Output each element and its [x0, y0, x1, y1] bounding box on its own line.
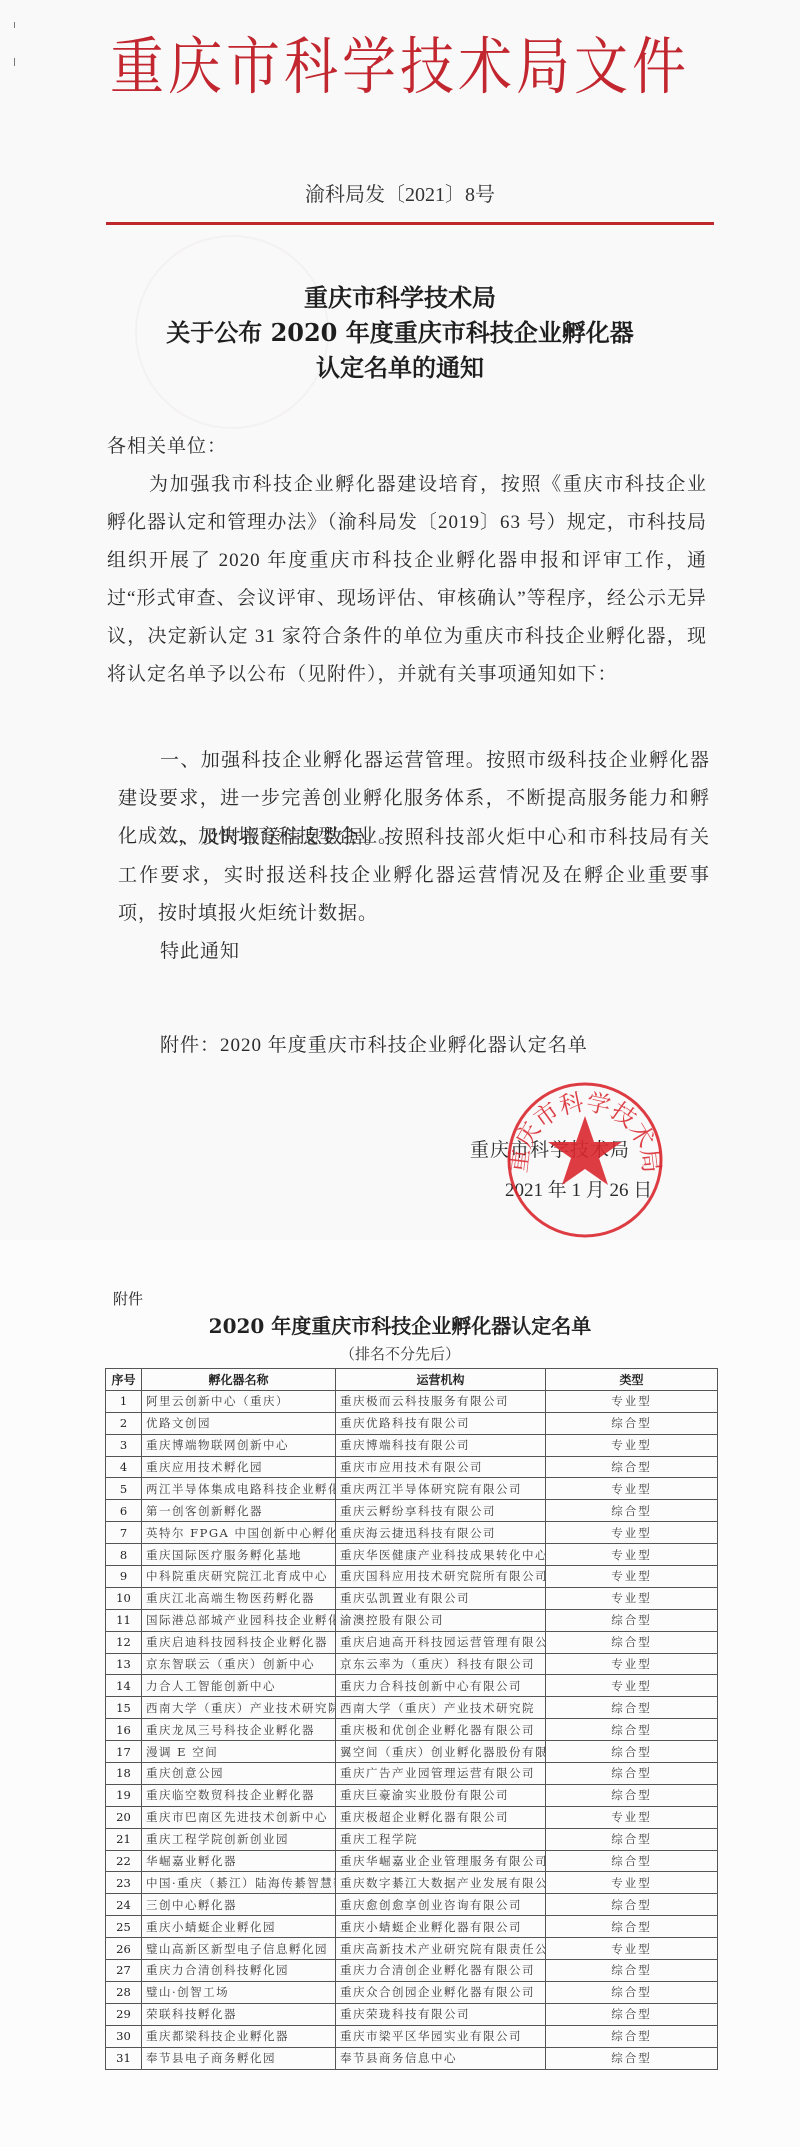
- incubator-name: 重庆启迪科技园科技企业孵化器: [142, 1631, 336, 1653]
- incubator-name: 重庆龙凤三号科技企业孵化器: [142, 1719, 336, 1741]
- table-row: 18重庆创意公园重庆广告产业园管理运营有限公司综合型: [106, 1763, 718, 1785]
- body-paragraph: 为加强我市科技企业孵化器建设培育，按照《重庆市科技企业孵化器认定和管理办法》（渝…: [107, 466, 707, 694]
- incubator-type: 综合型: [546, 1850, 718, 1872]
- incubator-type: 专业型: [546, 1390, 718, 1412]
- incubator-type: 专业型: [546, 1566, 718, 1588]
- row-index: 8: [106, 1544, 142, 1566]
- item-2-text: 二、及时报送信息数据。按照科技部火炬中心和市科技局有关工作要求，实时报送科技企业…: [118, 819, 710, 933]
- row-index: 15: [106, 1697, 142, 1719]
- table-row: 14力合人工智能创新中心重庆力合科技创新中心有限公司专业型: [106, 1675, 718, 1697]
- header-operator: 运营机构: [336, 1369, 546, 1391]
- table-row: 7英特尔 FPGA 中国创新中心孵化器重庆海云捷迅科技有限公司专业型: [106, 1522, 718, 1544]
- incubator-name: 漫调 E 空间: [142, 1741, 336, 1763]
- table-row: 19重庆临空数贸科技企业孵化器重庆巨豪渝实业股份有限公司综合型: [106, 1784, 718, 1806]
- incubator-name: 璧山·创智工场: [142, 1981, 336, 2003]
- row-index: 12: [106, 1631, 142, 1653]
- paragraph-1: 为加强我市科技企业孵化器建设培育，按照《重庆市科技企业孵化器认定和管理办法》（渝…: [107, 466, 707, 694]
- operator-name: 重庆国科应用技术研究院所有限公司: [336, 1566, 546, 1588]
- operator-name: 重庆优路科技有限公司: [336, 1412, 546, 1434]
- operator-name: 重庆市梁平区华园实业有限公司: [336, 2025, 546, 2047]
- table-row: 20重庆市巴南区先进技术创新中心重庆极超企业孵化器有限公司专业型: [106, 1806, 718, 1828]
- incubator-type: 综合型: [546, 1960, 718, 1982]
- incubator-type: 专业型: [546, 1478, 718, 1500]
- row-index: 29: [106, 2003, 142, 2025]
- incubator-type: 专业型: [546, 1653, 718, 1675]
- row-index: 21: [106, 1828, 142, 1850]
- row-index: 5: [106, 1478, 142, 1500]
- operator-name: 重庆海云捷迅科技有限公司: [336, 1522, 546, 1544]
- table-row: 2优路文创园重庆优路科技有限公司综合型: [106, 1412, 718, 1434]
- row-index: 10: [106, 1587, 142, 1609]
- operator-name: 翼空间（重庆）创业孵化器股份有限公司: [336, 1741, 546, 1763]
- attachment-subtitle: （排名不分先后）: [0, 1343, 800, 1364]
- operator-name: 重庆极超企业孵化器有限公司: [336, 1806, 546, 1828]
- row-index: 30: [106, 2025, 142, 2047]
- title-line-3: 认定名单的通知: [0, 350, 800, 385]
- table-row: 22华崛嘉业孵化器重庆华崛嘉业企业管理服务有限公司综合型: [106, 1850, 718, 1872]
- table-row: 6第一创客创新孵化器重庆云孵纷享科技有限公司综合型: [106, 1500, 718, 1522]
- incubator-type: 综合型: [546, 1741, 718, 1763]
- table-row: 26璧山高新区新型电子信息孵化园重庆高新技术产业研究院有限责任公司专业型: [106, 1938, 718, 1960]
- incubator-type: 综合型: [546, 1981, 718, 2003]
- table-row: 10重庆江北高端生物医药孵化器重庆弘凯置业有限公司专业型: [106, 1587, 718, 1609]
- table-row: 5两江半导体集成电路科技企业孵化器重庆两江半导体研究院有限公司专业型: [106, 1478, 718, 1500]
- operator-name: 重庆巨豪渝实业股份有限公司: [336, 1784, 546, 1806]
- operator-name: 重庆云孵纷享科技有限公司: [336, 1500, 546, 1522]
- row-index: 28: [106, 1981, 142, 2003]
- operator-name: 重庆广告产业园管理运营有限公司: [336, 1763, 546, 1785]
- incubator-type: 综合型: [546, 1412, 718, 1434]
- incubator-name: 优路文创园: [142, 1412, 336, 1434]
- table-row: 9中科院重庆研究院江北育成中心重庆国科应用技术研究院所有限公司专业型: [106, 1566, 718, 1588]
- row-index: 4: [106, 1456, 142, 1478]
- operator-name: 渝澳控股有限公司: [336, 1609, 546, 1631]
- incubator-type: 综合型: [546, 1609, 718, 1631]
- operator-name: 重庆弘凯置业有限公司: [336, 1587, 546, 1609]
- incubator-name: 阿里云创新中心（重庆）: [142, 1390, 336, 1412]
- operator-name: 重庆愈创愈享创业咨询有限公司: [336, 1894, 546, 1916]
- row-index: 20: [106, 1806, 142, 1828]
- table-row: 29荣联科技孵化器重庆荣珑科技有限公司综合型: [106, 2003, 718, 2025]
- row-index: 11: [106, 1609, 142, 1631]
- operator-name: 重庆极而云科技服务有限公司: [336, 1390, 546, 1412]
- incubator-name: 奉节县电子商务孵化园: [142, 2047, 336, 2069]
- incubator-type: 专业型: [546, 1434, 718, 1456]
- table-row: 8重庆国际医疗服务孵化基地重庆华医健康产业科技成果转化中心专业型: [106, 1544, 718, 1566]
- document-masthead: 重庆市科学技术局文件: [0, 18, 800, 107]
- operator-name: 重庆工程学院: [336, 1828, 546, 1850]
- table-row: 4重庆应用技术孵化园重庆市应用技术有限公司综合型: [106, 1456, 718, 1478]
- incubator-type: 综合型: [546, 1894, 718, 1916]
- operator-name: 京东云率为（重庆）科技有限公司: [336, 1653, 546, 1675]
- table-row: 1阿里云创新中心（重庆）重庆极而云科技服务有限公司专业型: [106, 1390, 718, 1412]
- row-index: 3: [106, 1434, 142, 1456]
- operator-name: 西南大学（重庆）产业技术研究院: [336, 1697, 546, 1719]
- operator-name: 重庆高新技术产业研究院有限责任公司: [336, 1938, 546, 1960]
- incubator-name: 英特尔 FPGA 中国创新中心孵化器: [142, 1522, 336, 1544]
- table-row: 21重庆工程学院创新创业园重庆工程学院综合型: [106, 1828, 718, 1850]
- row-index: 13: [106, 1653, 142, 1675]
- incubator-type: 综合型: [546, 1697, 718, 1719]
- row-index: 17: [106, 1741, 142, 1763]
- incubator-type: 综合型: [546, 1456, 718, 1478]
- header-index: 序号: [106, 1369, 142, 1391]
- table-body: 1阿里云创新中心（重庆）重庆极而云科技服务有限公司专业型2优路文创园重庆优路科技…: [106, 1390, 718, 2069]
- incubator-name: 重庆应用技术孵化园: [142, 1456, 336, 1478]
- salutation: 各相关单位：: [107, 428, 707, 466]
- operator-name: 重庆力合清创企业孵化器有限公司: [336, 1960, 546, 1982]
- attachment-reference-text: 附件：2020 年度重庆市科技企业孵化器认定名单: [160, 1027, 720, 1065]
- closing: 特此通知: [160, 933, 760, 971]
- incubator-type: 专业型: [546, 1587, 718, 1609]
- row-index: 9: [106, 1566, 142, 1588]
- row-index: 24: [106, 1894, 142, 1916]
- row-index: 27: [106, 1960, 142, 1982]
- row-index: 31: [106, 2047, 142, 2069]
- incubator-name: 重庆力合清创科技孵化园: [142, 1960, 336, 1982]
- attachment-title: 2020 年度重庆市科技企业孵化器认定名单: [0, 1310, 800, 1339]
- incubator-name: 重庆江北高端生物医药孵化器: [142, 1587, 336, 1609]
- table-row: 3重庆博端物联网创新中心重庆博端科技有限公司专业型: [106, 1434, 718, 1456]
- row-index: 7: [106, 1522, 142, 1544]
- attachment-reference: 附件：2020 年度重庆市科技企业孵化器认定名单: [160, 1027, 720, 1065]
- incubator-name: 两江半导体集成电路科技企业孵化器: [142, 1478, 336, 1500]
- table-header-row: 序号 孵化器名称 运营机构 类型: [106, 1369, 718, 1391]
- title-line-1: 重庆市科学技术局: [0, 280, 800, 315]
- operator-name: 重庆众合创园企业孵化器有限公司: [336, 1981, 546, 2003]
- incubator-type: 专业型: [546, 1522, 718, 1544]
- row-index: 19: [106, 1784, 142, 1806]
- incubator-type: 综合型: [546, 2025, 718, 2047]
- incubator-type: 综合型: [546, 1916, 718, 1938]
- incubator-name: 重庆博端物联网创新中心: [142, 1434, 336, 1456]
- incubator-type: 综合型: [546, 1500, 718, 1522]
- notice-page: 重庆市科学技术局文件 渝科局发〔2021〕8号 重庆市科学技术局 关于公布 20…: [0, 0, 800, 1240]
- incubator-name: 重庆市巴南区先进技术创新中心: [142, 1806, 336, 1828]
- incubator-name: 重庆临空数贸科技企业孵化器: [142, 1784, 336, 1806]
- row-index: 2: [106, 1412, 142, 1434]
- incubator-type: 综合型: [546, 1828, 718, 1850]
- table-row: 28璧山·创智工场重庆众合创园企业孵化器有限公司综合型: [106, 1981, 718, 2003]
- row-index: 6: [106, 1500, 142, 1522]
- table-row: 27重庆力合清创科技孵化园重庆力合清创企业孵化器有限公司综合型: [106, 1960, 718, 1982]
- table-row: 11国际港总部城产业园科技企业孵化器渝澳控股有限公司综合型: [106, 1609, 718, 1631]
- incubator-type: 综合型: [546, 1784, 718, 1806]
- incubator-name: 京东智联云（重庆）创新中心: [142, 1653, 336, 1675]
- incubator-name: 荣联科技孵化器: [142, 2003, 336, 2025]
- table-row: 23中国·重庆（綦江）陆海传綦智慧数据谷重庆数字綦江大数据产业发展有限公司专业型: [106, 1872, 718, 1894]
- incubator-name: 璧山高新区新型电子信息孵化园: [142, 1938, 336, 1960]
- row-index: 1: [106, 1390, 142, 1412]
- operator-name: 重庆博端科技有限公司: [336, 1434, 546, 1456]
- row-index: 26: [106, 1938, 142, 1960]
- incubator-type: 综合型: [546, 2003, 718, 2025]
- operator-name: 重庆华崛嘉业企业管理服务有限公司: [336, 1850, 546, 1872]
- row-index: 25: [106, 1916, 142, 1938]
- operator-name: 重庆力合科技创新中心有限公司: [336, 1675, 546, 1697]
- table-row: 25重庆小蜻蜓企业孵化园重庆小蜻蜓企业孵化器有限公司综合型: [106, 1916, 718, 1938]
- incubator-type: 综合型: [546, 1631, 718, 1653]
- row-index: 22: [106, 1850, 142, 1872]
- row-index: 23: [106, 1872, 142, 1894]
- table-row: 16重庆龙凤三号科技企业孵化器重庆极和优创企业孵化器有限公司综合型: [106, 1719, 718, 1741]
- signer-name: 重庆市科学技术局: [470, 1135, 630, 1162]
- incubator-name: 西南大学（重庆）产业技术研究院孵化器: [142, 1697, 336, 1719]
- attachment-label: 附件: [113, 1288, 143, 1309]
- closing-text: 特此通知: [160, 933, 760, 971]
- row-index: 18: [106, 1763, 142, 1785]
- incubator-name: 国际港总部城产业园科技企业孵化器: [142, 1609, 336, 1631]
- row-index: 16: [106, 1719, 142, 1741]
- incubator-name: 第一创客创新孵化器: [142, 1500, 336, 1522]
- operator-name: 重庆小蜻蜓企业孵化器有限公司: [336, 1916, 546, 1938]
- table-row: 31奉节县电子商务孵化园奉节县商务信息中心综合型: [106, 2047, 718, 2069]
- incubator-name: 中科院重庆研究院江北育成中心: [142, 1566, 336, 1588]
- table-row: 30重庆都梁科技企业孵化器重庆市梁平区华园实业有限公司综合型: [106, 2025, 718, 2047]
- incubator-name: 重庆国际医疗服务孵化基地: [142, 1544, 336, 1566]
- header-incubator-name: 孵化器名称: [142, 1369, 336, 1391]
- incubator-name: 重庆小蜻蜓企业孵化园: [142, 1916, 336, 1938]
- incubator-table: 序号 孵化器名称 运营机构 类型 1阿里云创新中心（重庆）重庆极而云科技服务有限…: [105, 1368, 718, 2070]
- operator-name: 重庆数字綦江大数据产业发展有限公司: [336, 1872, 546, 1894]
- operator-name: 重庆华医健康产业科技成果转化中心: [336, 1544, 546, 1566]
- incubator-type: 专业型: [546, 1872, 718, 1894]
- row-index: 14: [106, 1675, 142, 1697]
- operator-name: 重庆两江半导体研究院有限公司: [336, 1478, 546, 1500]
- operator-name: 重庆市应用技术有限公司: [336, 1456, 546, 1478]
- red-divider-line: [106, 222, 714, 225]
- incubator-type: 综合型: [546, 1719, 718, 1741]
- body-item-2: 二、及时报送信息数据。按照科技部火炬中心和市科技局有关工作要求，实时报送科技企业…: [118, 819, 710, 933]
- table-row: 15西南大学（重庆）产业技术研究院孵化器西南大学（重庆）产业技术研究院综合型: [106, 1697, 718, 1719]
- incubator-name: 重庆都梁科技企业孵化器: [142, 2025, 336, 2047]
- incubator-type: 专业型: [546, 1806, 718, 1828]
- incubator-name: 华崛嘉业孵化器: [142, 1850, 336, 1872]
- header-type: 类型: [546, 1369, 718, 1391]
- operator-name: 奉节县商务信息中心: [336, 2047, 546, 2069]
- incubator-name: 力合人工智能创新中心: [142, 1675, 336, 1697]
- incubator-type: 专业型: [546, 1544, 718, 1566]
- incubator-name: 重庆工程学院创新创业园: [142, 1828, 336, 1850]
- title-line-2: 关于公布 2020 年度重庆市科技企业孵化器: [0, 315, 800, 350]
- table-row: 24三创中心孵化器重庆愈创愈享创业咨询有限公司综合型: [106, 1894, 718, 1916]
- table-row: 13京东智联云（重庆）创新中心京东云率为（重庆）科技有限公司专业型: [106, 1653, 718, 1675]
- incubator-type: 综合型: [546, 1763, 718, 1785]
- operator-name: 重庆启迪高开科技园运营管理有限公司: [336, 1631, 546, 1653]
- table-row: 12重庆启迪科技园科技企业孵化器重庆启迪高开科技园运营管理有限公司综合型: [106, 1631, 718, 1653]
- incubator-name: 重庆创意公园: [142, 1763, 336, 1785]
- incubator-type: 综合型: [546, 2047, 718, 2069]
- incubator-type: 专业型: [546, 1938, 718, 1960]
- incubator-name: 中国·重庆（綦江）陆海传綦智慧数据谷: [142, 1872, 336, 1894]
- document-number: 渝科局发〔2021〕8号: [0, 178, 800, 207]
- incubator-type: 专业型: [546, 1675, 718, 1697]
- incubator-name: 三创中心孵化器: [142, 1894, 336, 1916]
- operator-name: 重庆荣珑科技有限公司: [336, 2003, 546, 2025]
- operator-name: 重庆极和优创企业孵化器有限公司: [336, 1719, 546, 1741]
- salutation-text: 各相关单位：: [107, 428, 707, 466]
- notice-title: 重庆市科学技术局 关于公布 2020 年度重庆市科技企业孵化器 认定名单的通知: [0, 280, 800, 385]
- table-row: 17漫调 E 空间翼空间（重庆）创业孵化器股份有限公司综合型: [106, 1741, 718, 1763]
- signature-date: 2021 年 1 月 26 日: [505, 1175, 652, 1202]
